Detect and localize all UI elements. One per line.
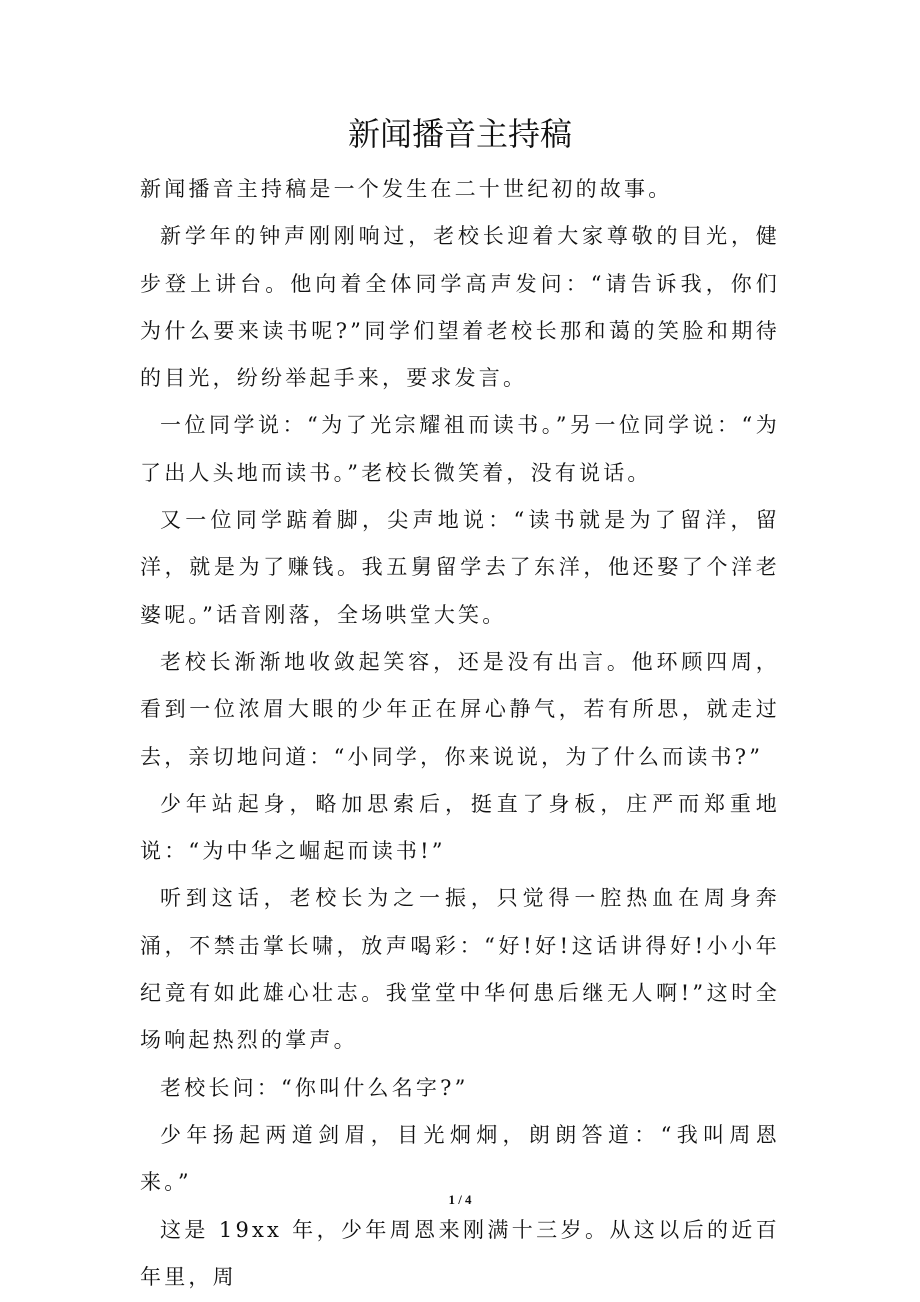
paragraph-intro: 新闻播音主持稿是一个发生在二十世纪初的故事。 [140,166,780,213]
paragraph: 老校长渐渐地收敛起笑容，还是没有出言。他环顾四周，看到一位浓眉大眼的少年正在屏心… [140,639,780,781]
document-title: 新闻播音主持稿 [0,112,920,156]
page-number: 1 / 4 [0,1192,920,1208]
document-body: 新闻播音主持稿是一个发生在二十世纪初的故事。 新学年的钟声刚刚响过，老校长迎着大… [140,166,780,1301]
paragraph: 新学年的钟声刚刚响过，老校长迎着大家尊敬的目光，健步登上讲台。他向着全体同学高声… [140,213,780,402]
paragraph: 听到这话，老校长为之一振，只觉得一腔热血在周身奔涌，不禁击掌长啸，放声喝彩：“好… [140,875,780,1064]
document-page: 新闻播音主持稿 新闻播音主持稿是一个发生在二十世纪初的故事。 新学年的钟声刚刚响… [0,0,920,1302]
paragraph: 这是 19xx 年，少年周恩来刚满十三岁。从这以后的近百年里，周 [140,1207,780,1302]
paragraph: 一位同学说：“为了光宗耀祖而读书。”另一位同学说：“为了出人头地而读书。”老校长… [140,402,780,497]
paragraph: 少年站起身，略加思索后，挺直了身板，庄严而郑重地说：“为中华之崛起而读书!” [140,781,780,876]
paragraph: 又一位同学踮着脚，尖声地说：“读书就是为了留洋，留洋，就是为了赚钱。我五舅留学去… [140,497,780,639]
paragraph: 老校长问：“你叫什么名字?” [140,1065,780,1112]
